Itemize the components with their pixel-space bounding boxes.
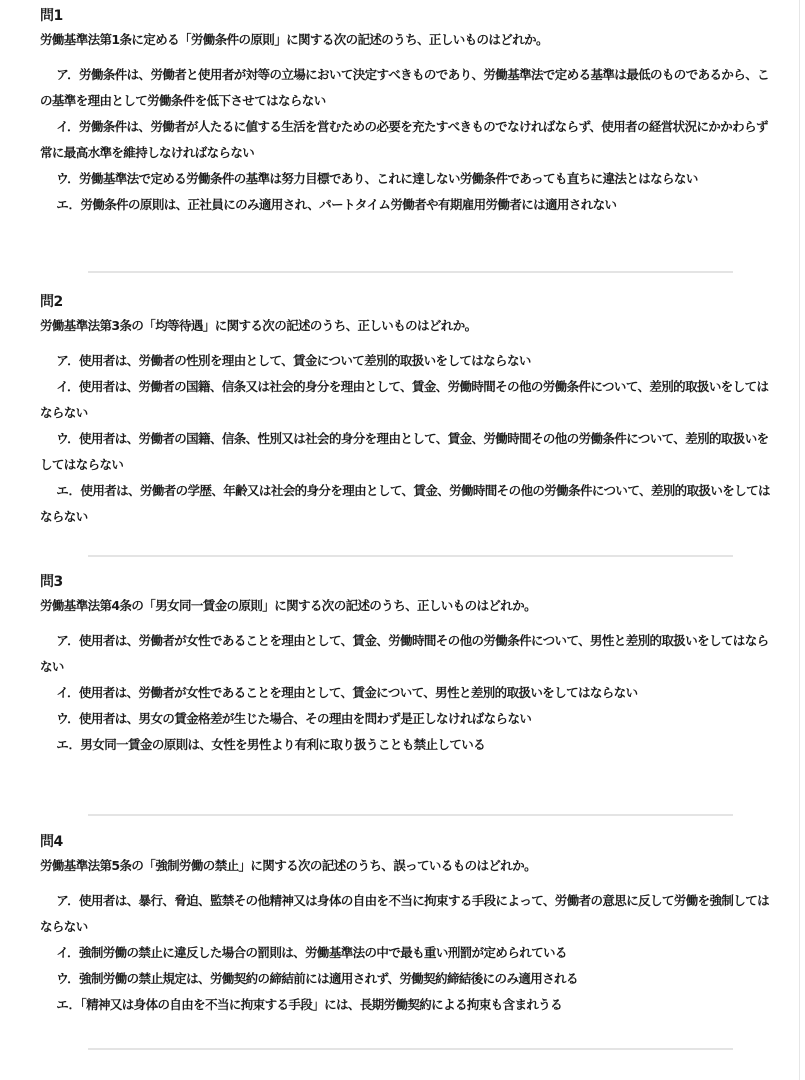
option-i: イ．使用者は、労働者が女性であることを理由として、賃金について、男性と差別的取扱… [40,680,775,706]
option-list: ア．使用者は、労働者の性別を理由として、賃金について差別的取扱いをしてはならない… [40,348,775,530]
option-list: ア．労働条件は、労働者と使用者が対等の立場において決定すべきものであり、労働基準… [40,62,775,218]
option-e: エ．労働条件の原則は、正社員にのみ適用され、パートタイム労働者や有期雇用労働者に… [40,192,775,218]
question-1: 問1 労働基準法第1条に定める「労働条件の原則」に関する次の記述のうち、正しいも… [40,6,775,218]
option-list: ア．使用者は、労働者が女性であることを理由として、賃金、労働時間その他の労働条件… [40,628,775,758]
option-a: ア．使用者は、労働者の性別を理由として、賃金について差別的取扱いをしてはならない [40,348,775,374]
option-u: ウ．労働基準法で定める労働条件の基準は努力目標であり、これに達しない労働条件であ… [40,166,775,192]
question-number: 問1 [40,6,775,26]
question-stem: 労働基準法第5条の「強制労働の禁止」に関する次の記述のうち、誤っているものはどれ… [40,856,775,876]
section-divider [88,271,733,273]
option-i: イ．強制労働の禁止に違反した場合の罰則は、労働基準法の中で最も重い刑罰が定められ… [40,940,775,966]
option-e: エ．「精神又は身体の自由を不当に拘束する手段」には、長期労働契約による拘束も含ま… [40,992,775,1018]
question-number: 問2 [40,292,775,312]
option-e: エ．男女同一賃金の原則は、女性を男性より有利に取り扱うことも禁止している [40,732,775,758]
option-e: エ．使用者は、労働者の学歴、年齢又は社会的身分を理由として、賃金、労働時間その他… [40,478,775,530]
option-a: ア．使用者は、労働者が女性であることを理由として、賃金、労働時間その他の労働条件… [40,628,775,680]
question-stem: 労働基準法第3条の「均等待遇」に関する次の記述のうち、正しいものはどれか。 [40,316,775,336]
section-divider [88,814,733,816]
document-page: 問1 労働基準法第1条に定める「労働条件の原則」に関する次の記述のうち、正しいも… [0,0,800,1080]
option-u: ウ．使用者は、労働者の国籍、信条、性別又は社会的身分を理由として、賃金、労働時間… [40,426,775,478]
option-a: ア．労働条件は、労働者と使用者が対等の立場において決定すべきものであり、労働基準… [40,62,775,114]
question-3: 問3 労働基準法第4条の「男女同一賃金の原則」に関する次の記述のうち、正しいもの… [40,572,775,758]
option-i: イ．労働条件は、労働者が人たるに値する生活を営むための必要を充たすべきものでなけ… [40,114,775,166]
section-divider [88,555,733,557]
question-4: 問4 労働基準法第5条の「強制労働の禁止」に関する次の記述のうち、誤っているもの… [40,832,775,1018]
option-u: ウ．使用者は、男女の賃金格差が生じた場合、その理由を問わず是正しなければならない [40,706,775,732]
option-list: ア．使用者は、暴行、脅迫、監禁その他精神又は身体の自由を不当に拘束する手段によっ… [40,888,775,1018]
option-u: ウ．強制労働の禁止規定は、労働契約の締結前には適用されず、労働契約締結後にのみ適… [40,966,775,992]
option-i: イ．使用者は、労働者の国籍、信条又は社会的身分を理由として、賃金、労働時間その他… [40,374,775,426]
question-stem: 労働基準法第1条に定める「労働条件の原則」に関する次の記述のうち、正しいものはど… [40,30,775,50]
option-a: ア．使用者は、暴行、脅迫、監禁その他精神又は身体の自由を不当に拘束する手段によっ… [40,888,775,940]
question-stem: 労働基準法第4条の「男女同一賃金の原則」に関する次の記述のうち、正しいものはどれ… [40,596,775,616]
question-2: 問2 労働基準法第3条の「均等待遇」に関する次の記述のうち、正しいものはどれか。… [40,292,775,530]
question-number: 問4 [40,832,775,852]
section-divider [88,1048,733,1050]
question-number: 問3 [40,572,775,592]
